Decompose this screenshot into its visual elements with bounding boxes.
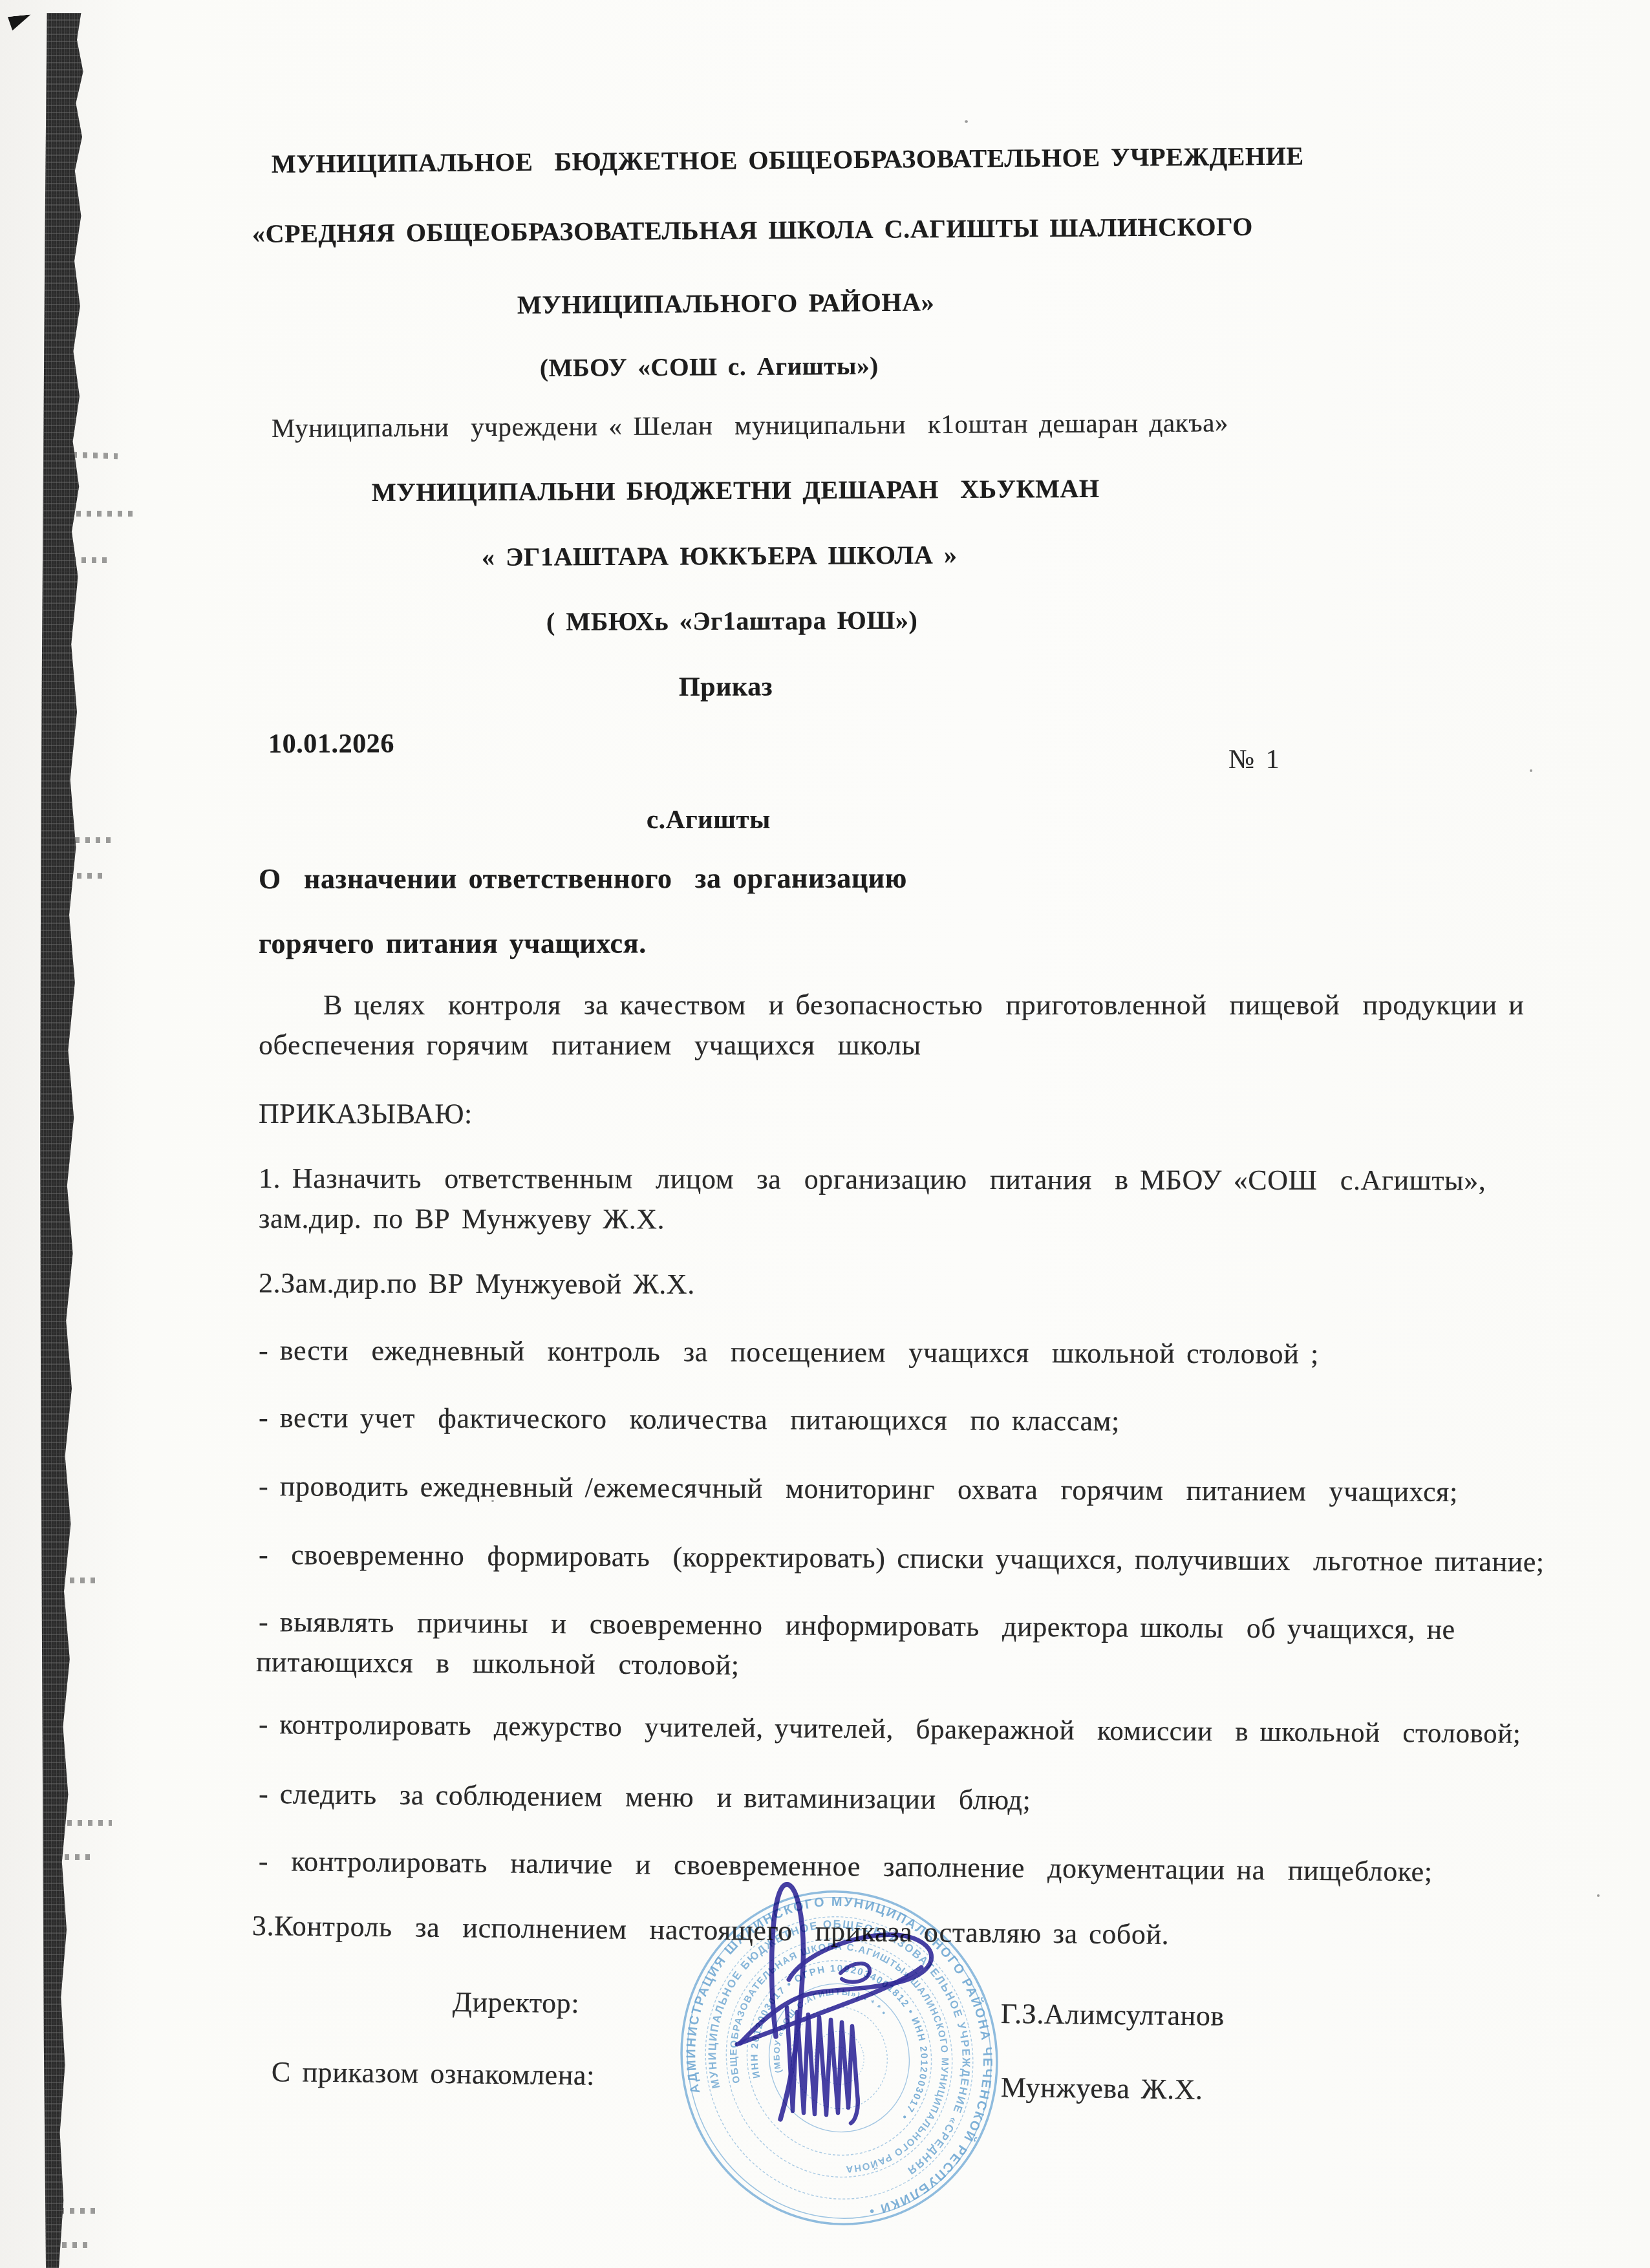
scan-smudge — [72, 452, 118, 459]
item1-line2: зам.дир. по ВР Мунжуеву Ж.Х. — [259, 1203, 665, 1236]
subject-line2: горячего питания учащихся. — [259, 928, 647, 960]
duty-line: - следить за соблюдением меню и витамини… — [259, 1778, 1031, 1816]
scan-smudge — [71, 557, 110, 563]
scan-corner-mark — [8, 14, 32, 31]
order-date: 10.01.2026 — [268, 729, 394, 760]
duty-line: - вести учет фактического количества пит… — [259, 1402, 1120, 1437]
item2: 2.Зам.дир.по ВР Мунжуевой Ж.Х. — [259, 1267, 695, 1300]
scan-speck — [1597, 1894, 1600, 1897]
scanned-order-page: АДМИНИСТРАЦИЯ ШАЛИНСКОГО МУНИЦИПАЛЬНОГО … — [0, 0, 1650, 2268]
order-place: с.Агишты — [647, 805, 771, 835]
order-number: № 1 — [1228, 745, 1280, 775]
director-signature-ink — [708, 1862, 1005, 2159]
org-name-ru-line1: МУНИЦИПАЛЬНОЕ БЮДЖЕТНОЕ ОБЩЕОБРАЗОВАТЕЛЬ… — [272, 142, 1304, 178]
item1-line1: 1. Назначить ответственным лицом за орга… — [259, 1162, 1486, 1197]
subject-line1: О назначении ответственного за организац… — [259, 862, 907, 895]
preamble-line1: В целях контроля за качеством и безопасн… — [323, 989, 1524, 1021]
org-name-che-line1: МУНИЦИПАЛЬНИ БЮДЖЕТНИ ДЕШАРАН ХЬУКМАН — [372, 475, 1100, 508]
duty-line: питающихся в школьной столовой; — [256, 1646, 740, 1681]
org-name-ru-line2: «СРЕДНЯЯ ОБЩЕОБРАЗОВАТЕЛЬНАЯ ШКОЛА С.АГИ… — [252, 213, 1253, 249]
scan-speck — [965, 120, 968, 123]
duty-line: - вести ежедневный контроль за посещение… — [259, 1334, 1319, 1370]
org-name-ru-short: (МБОУ «СОШ с. Агишты») — [540, 352, 879, 383]
acknowledged-name: Мунжуева Ж.Х. — [1001, 2071, 1203, 2106]
org-name-ru-line3: МУНИЦИПАЛЬНОГО РАЙОНА» — [517, 288, 935, 319]
scan-speck — [1530, 769, 1532, 772]
org-name-che-line2: « ЭГ1АШТАРА ЮККЪЕРА ШКОЛА » — [482, 540, 958, 572]
director-name: Г.З.Алимсултанов — [1001, 1998, 1225, 2032]
acknowledged-label: С приказом ознакомлена: — [272, 2056, 595, 2091]
duty-line: - своевременно формировать (корректирова… — [259, 1539, 1545, 1578]
preamble-line2: обеспечения горячим питанием учащихся шк… — [259, 1029, 921, 1062]
scan-edge-artifact — [36, 13, 87, 2268]
director-label: Директор: — [453, 1986, 580, 2019]
org-name-che-intro: Муниципальни учреждени « Шелан муниципал… — [272, 408, 1228, 444]
org-name-che-short: ( МБЮХь «Эг1аштара ЮШ») — [546, 606, 918, 636]
doc-type-title: Приказ — [679, 672, 773, 703]
resolve-word: ПРИКАЗЫВАЮ: — [259, 1098, 473, 1130]
scan-smudge — [76, 511, 134, 517]
duty-line: - выявлять причины и своевременно информ… — [259, 1606, 1455, 1645]
duty-line: - контролировать дежурство учителей, учи… — [259, 1709, 1521, 1750]
duty-line: - проводить ежедневный /ежемесячный мони… — [259, 1470, 1458, 1508]
